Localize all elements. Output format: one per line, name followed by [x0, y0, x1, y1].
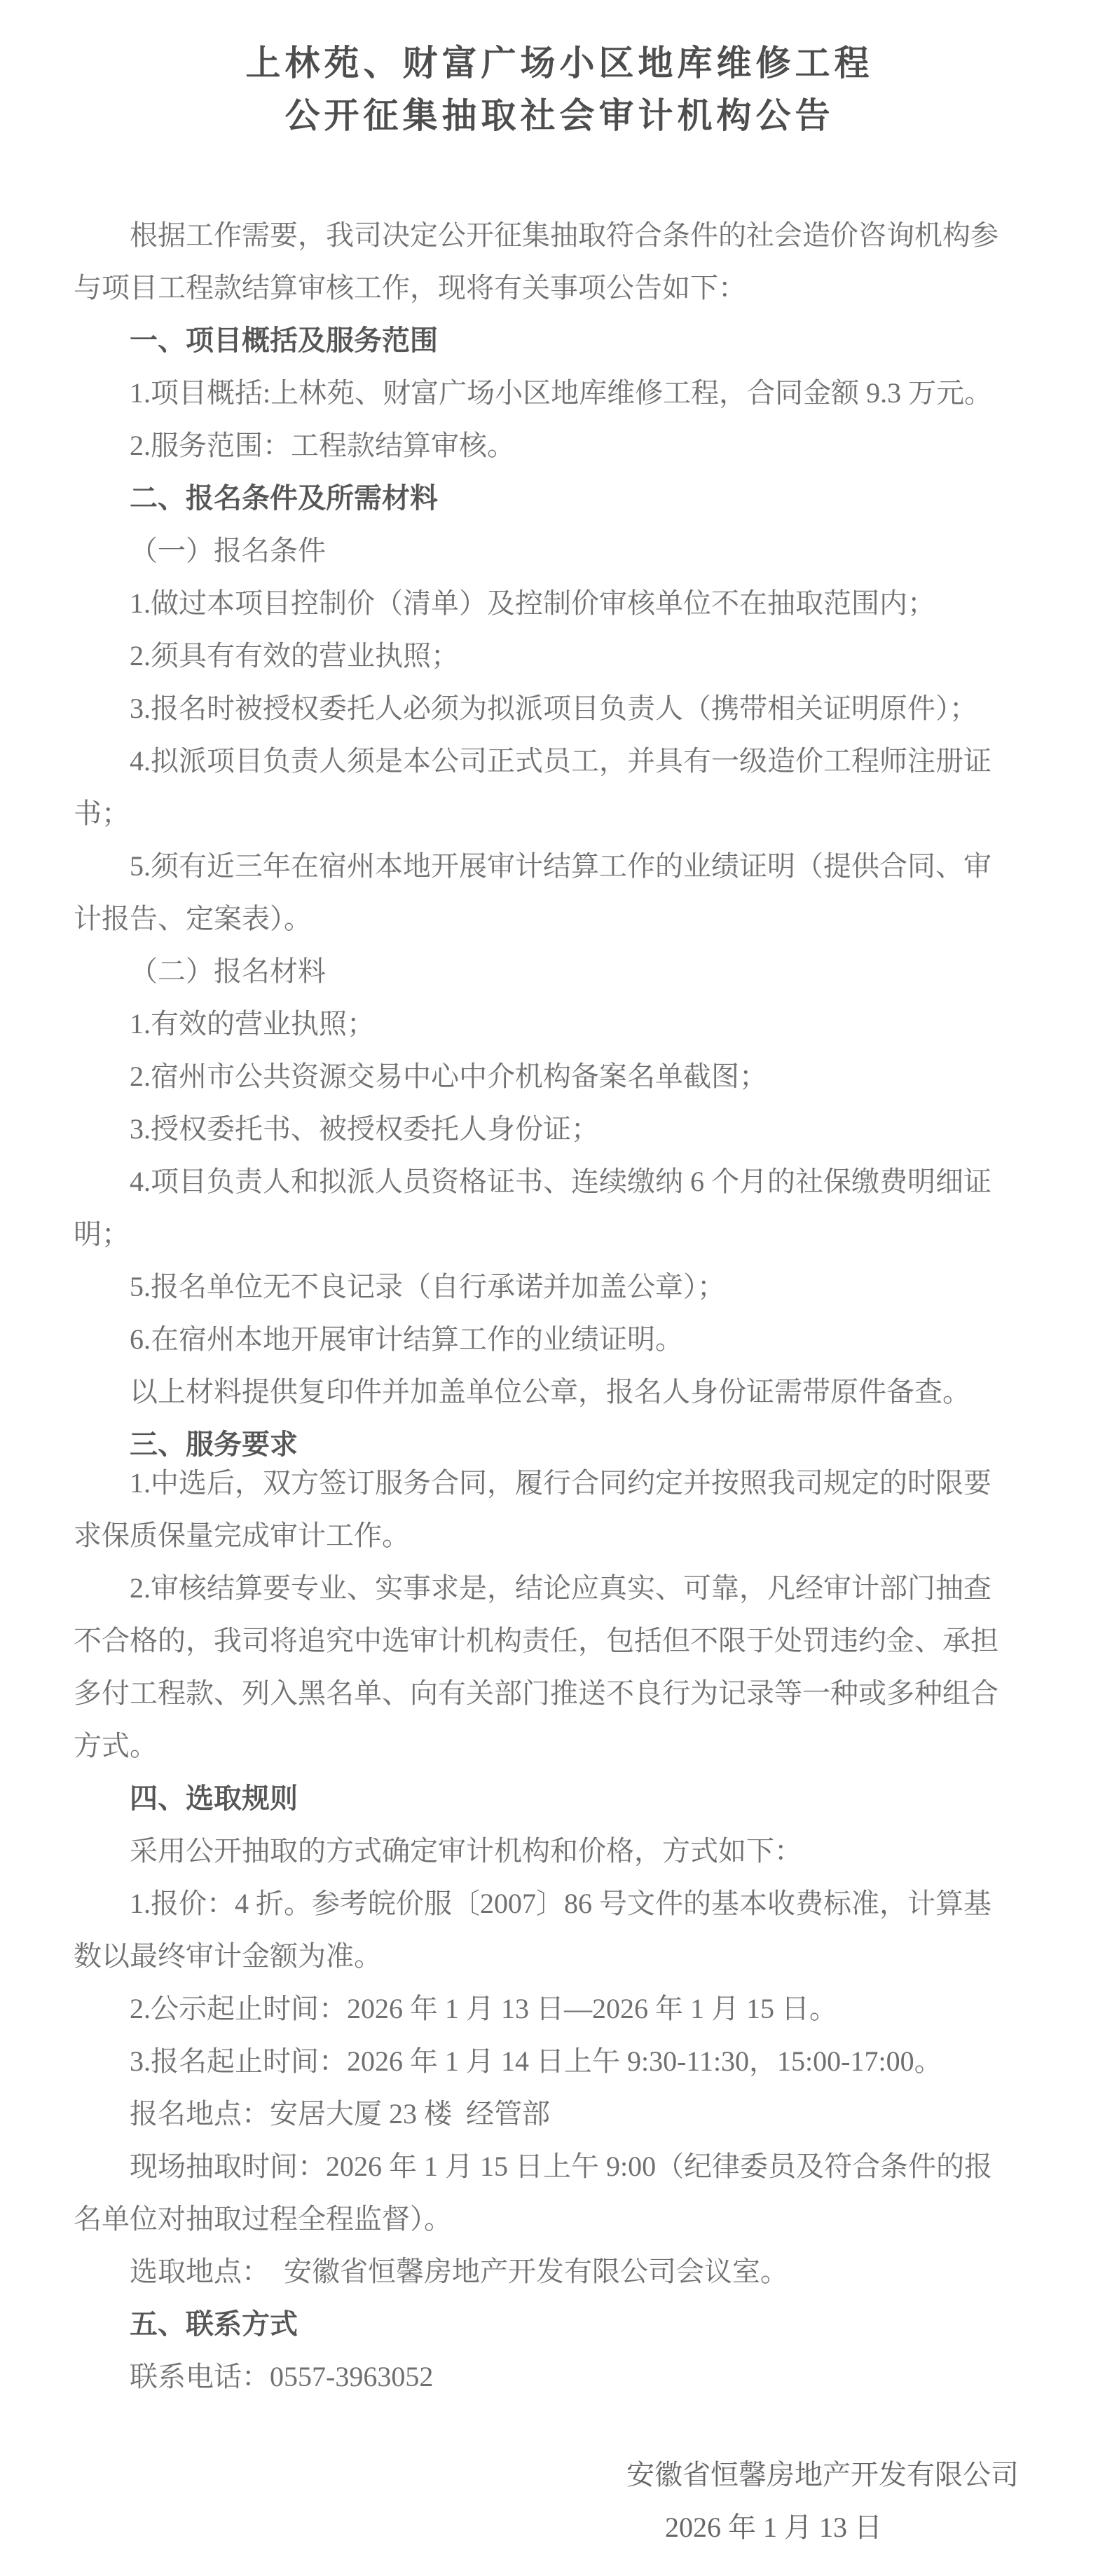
doc-line: 1.中选后，双方签订服务合同，履行合同约定并按照我司规定的时限要 — [74, 1457, 1045, 1509]
doc-line: 2.服务范围：工程款结算审核。 — [74, 419, 1045, 472]
doc-line: 2.须具有有效的营业执照； — [74, 629, 1045, 682]
doc-line: 不合格的，我司将追究中选审计机构责任，包括但不限于处罚违约金、承担 — [74, 1614, 1045, 1667]
doc-line: 联系电话：0557-3963052 — [74, 2350, 1045, 2403]
doc-line: 与项目工程款结算审核工作，现将有关事项公告如下： — [74, 261, 1045, 314]
doc-line: （二）报名材料 — [74, 945, 1045, 997]
doc-line: 5.须有近三年在宿州本地开展审计结算工作的业绩证明（提供合同、审 — [74, 840, 1045, 892]
doc-line: 3.报名时被授权委托人必须为拟派项目负责人（携带相关证明原件）； — [74, 682, 1045, 735]
signature-date: 2026 年 1 月 13 日 — [74, 2501, 1045, 2554]
doc-line: 根据工作需要，我司决定公开征集抽取符合条件的社会造价咨询机构参 — [74, 209, 1045, 261]
doc-line: 1.做过本项目控制价（清单）及控制价审核单位不在抽取范围内； — [74, 577, 1045, 629]
document-title-line: 上林苑、财富广场小区地库维修工程 — [74, 37, 1045, 90]
document-title-line: 公开征集抽取社会审计机构公告 — [74, 90, 1045, 142]
doc-line: 多付工程款、列入黑名单、向有关部门推送不良行为记录等一种或多种组合 — [74, 1667, 1045, 1719]
doc-line: 选取地点： 安徽省恒馨房地产开发有限公司会议室。 — [74, 2245, 1045, 2298]
doc-line: 书； — [74, 787, 1045, 840]
doc-line: 名单位对抽取过程全程监督）。 — [74, 2193, 1045, 2245]
doc-line: 报名地点：安居大厦 23 楼 经管部 — [74, 2087, 1045, 2140]
section-heading: 五、联系方式 — [74, 2298, 1045, 2350]
doc-line: 数以最终审计金额为准。 — [74, 1930, 1045, 1982]
doc-line: 1.项目概括:上林苑、财富广场小区地库维修工程，合同金额 9.3 万元。 — [74, 367, 1045, 419]
document-body: 上林苑、财富广场小区地库维修工程公开征集抽取社会审计机构公告根据工作需要，我司决… — [74, 37, 1045, 2554]
announcement-document: 上林苑、财富广场小区地库维修工程公开征集抽取社会审计机构公告根据工作需要，我司决… — [0, 0, 1112, 2576]
doc-line: 明； — [74, 1208, 1045, 1260]
doc-line: （一）报名条件 — [74, 524, 1045, 577]
section-heading: 一、项目概括及服务范围 — [74, 314, 1045, 367]
signature-company: 安徽省恒馨房地产开发有限公司 — [74, 2448, 1045, 2501]
section-heading: 四、选取规则 — [74, 1772, 1045, 1825]
section-heading: 二、报名条件及所需材料 — [74, 472, 1045, 524]
doc-line: 以上材料提供复印件并加盖单位公章，报名人身份证需带原件备查。 — [74, 1365, 1045, 1418]
doc-line: 4.项目负责人和拟派人员资格证书、连续缴纳 6 个月的社保缴费明细证 — [74, 1155, 1045, 1208]
doc-line: 采用公开抽取的方式确定审计机构和价格，方式如下： — [74, 1825, 1045, 1877]
doc-line: 方式。 — [74, 1719, 1045, 1772]
doc-line: 2.宿州市公共资源交易中心中介机构备案名单截图； — [74, 1050, 1045, 1103]
doc-line: 5.报名单位无不良记录（自行承诺并加盖公章）； — [74, 1260, 1045, 1313]
doc-line: 现场抽取时间：2026 年 1 月 15 日上午 9:00（纪律委员及符合条件的… — [74, 2140, 1045, 2193]
doc-line: 2.审核结算要专业、实事求是，结论应真实、可靠，凡经审计部门抽查 — [74, 1562, 1045, 1614]
doc-line: 2.公示起止时间：2026 年 1 月 13 日—2026 年 1 月 15 日… — [74, 1982, 1045, 2035]
doc-line: 4.拟派项目负责人须是本公司正式员工，并具有一级造价工程师注册证 — [74, 735, 1045, 787]
doc-line: 6.在宿州本地开展审计结算工作的业绩证明。 — [74, 1313, 1045, 1365]
doc-line: 1.有效的营业执照； — [74, 997, 1045, 1050]
doc-line: 1.报价：4 折。参考皖价服〔2007〕86 号文件的基本收费标准，计算基 — [74, 1877, 1045, 1930]
doc-line: 计报告、定案表）。 — [74, 892, 1045, 945]
doc-line: 3.报名起止时间：2026 年 1 月 14 日上午 9:30-11:30，15… — [74, 2035, 1045, 2087]
doc-line: 3.授权委托书、被授权委托人身份证； — [74, 1103, 1045, 1155]
doc-line: 求保质保量完成审计工作。 — [74, 1509, 1045, 1562]
